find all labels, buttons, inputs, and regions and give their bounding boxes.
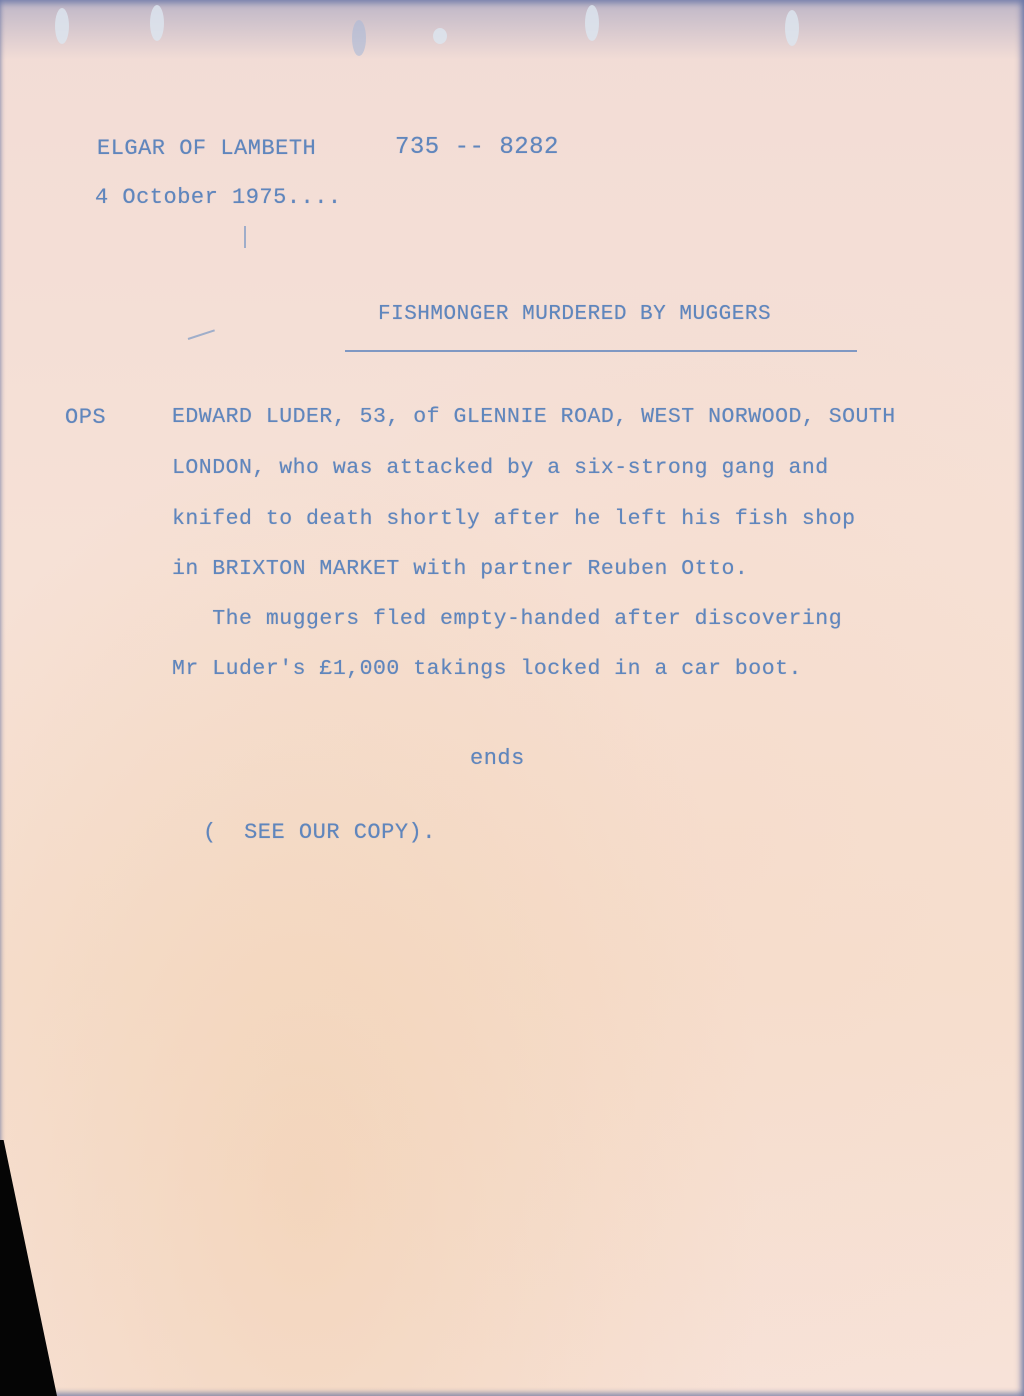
headline: FISHMONGER MURDERED BY MUGGERS [378,303,771,326]
body-line: knifed to death shortly after he left hi… [172,507,856,531]
ops-label: OPS [65,405,106,430]
document-date: 4 October 1975.... [95,185,342,210]
body-line: EDWARD LUDER, 53, of GLENNIE ROAD, WEST … [172,405,896,429]
body-line: LONDON, who was attacked by a six-strong… [172,456,829,480]
paper-smudge [55,8,69,44]
body-line: in BRIXTON MARKET with partner Reuben Ot… [172,557,748,581]
ends-marker: ends [470,746,525,771]
paper-smudge [585,5,599,41]
paper-smudge [352,20,366,56]
pen-mark [244,226,246,248]
paper-smudge [150,5,164,41]
body-line: Mr Luder's £1,000 takings locked in a ca… [172,657,802,681]
see-our-copy-note: ( SEE OUR COPY). [203,820,436,845]
paper-smudge [433,28,447,44]
source-name: ELGAR OF LAMBETH [97,136,316,161]
pen-mark [188,329,215,340]
source-phone: 735 -- 8282 [395,134,559,161]
body-line: The muggers fled empty-handed after disc… [172,607,842,631]
paper-smudge [785,10,799,46]
headline-underline [345,350,857,352]
typewritten-document-sheet: ELGAR OF LAMBETH 735 -- 8282 4 October 1… [0,0,1024,1396]
